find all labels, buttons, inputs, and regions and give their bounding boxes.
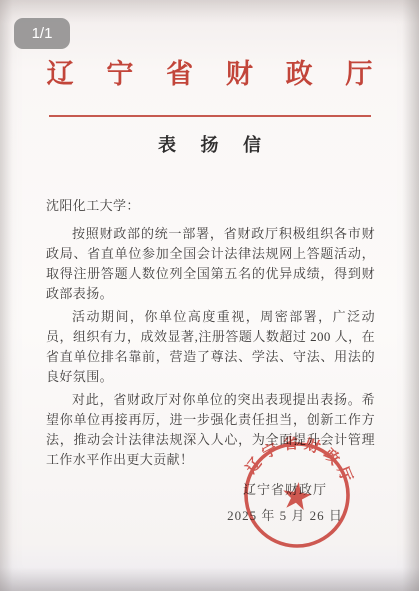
letter-page: 辽 宁 省 财 政 厅 表 扬 信 沈阳化工大学： 按照财政部的统一部署，省财政… — [0, 0, 419, 591]
page-indicator-badge: 1/1 — [14, 18, 70, 49]
letter-paragraph: 活动期间，你单位高度重视，周密部署，广泛动员，组织有力，成效显著,注册答题人数超… — [46, 307, 375, 387]
letter-paragraph: 按照财政部的统一部署，省财政厅积极组织各市财政局、省直单位参加全国会计法律法规网… — [46, 224, 375, 304]
letterhead-divider — [49, 115, 371, 117]
signature-name: 辽宁省财政厅 — [225, 477, 345, 503]
letter-title: 表 扬 信 — [0, 131, 419, 157]
signature-date: 2025 年 5 月 26 日 — [225, 503, 345, 529]
letter-body: 沈阳化工大学： 按照财政部的统一部署，省财政厅积极组织各市财政局、省直单位参加全… — [46, 196, 375, 473]
letter-paragraph: 对此，省财政厅对你单位的突出表现提出表扬。希望你单位再接再厉，进一步强化责任担当… — [46, 390, 375, 470]
salutation: 沈阳化工大学： — [46, 196, 375, 216]
signature-block: 辽宁省财政厅 2025 年 5 月 26 日 — [225, 477, 345, 529]
document-viewer: 辽 宁 省 财 政 厅 表 扬 信 沈阳化工大学： 按照财政部的统一部署，省财政… — [0, 0, 419, 591]
